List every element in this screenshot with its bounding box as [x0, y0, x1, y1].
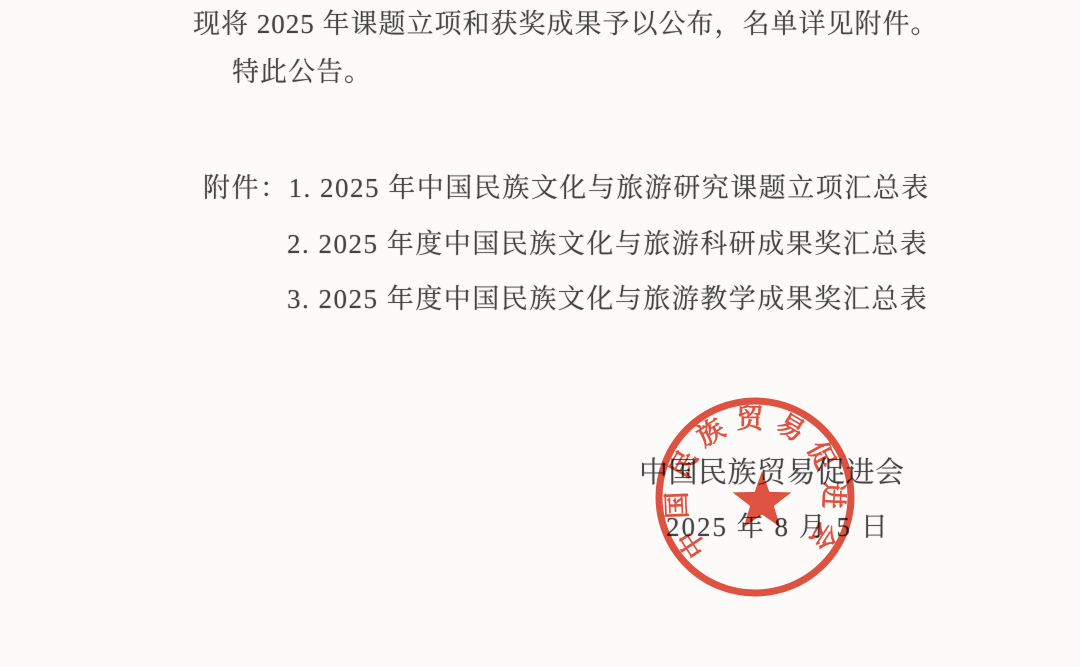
document-page: 现将 2025 年课题立项和获奖成果予以公布，名单详见附件。 特此公告。 附件：… [0, 0, 1080, 667]
official-seal-svg: 中国民族贸易促进会 [645, 387, 865, 607]
official-seal-stamp: 中国民族贸易促进会 [645, 387, 865, 607]
opening-paragraph: 现将 2025 年课题立项和获奖成果予以公布，名单详见附件。 [193, 8, 939, 42]
attachment-list-item-1: 附件：1. 2025 年中国民族文化与旅游研究课题立项汇总表 [203, 172, 930, 206]
attachment-list-item-3: 3. 2025 年度中国民族文化与旅游教学成果奖汇总表 [287, 283, 928, 317]
attachment-list-item-2: 2. 2025 年度中国民族文化与旅游科研成果奖汇总表 [287, 228, 928, 262]
star-icon [733, 471, 792, 527]
closing-paragraph: 特此公告。 [232, 56, 372, 90]
